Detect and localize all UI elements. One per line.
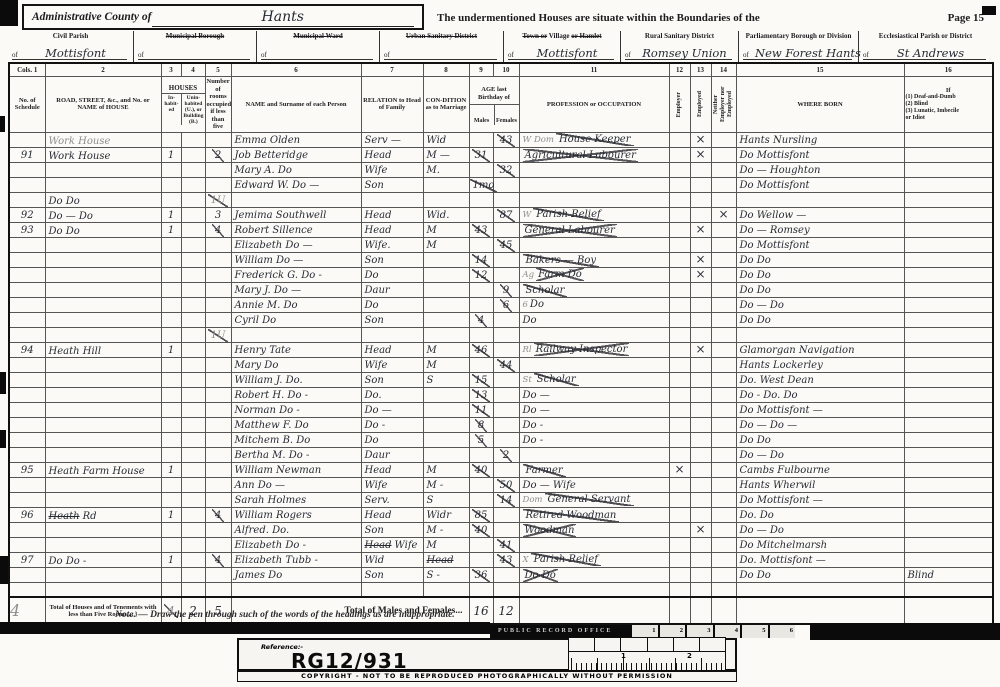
district-label: Municipal Borough <box>138 32 252 40</box>
census-cell <box>181 312 205 327</box>
cell-text: Do — Do — <box>740 420 798 431</box>
census-cell <box>45 477 161 492</box>
census-cell <box>181 327 205 342</box>
cell-text: Do Do <box>49 226 80 237</box>
census-cell <box>493 507 519 522</box>
col-num-1: Cols. 1 <box>9 63 45 77</box>
cell-text: William J. Do. <box>235 375 303 386</box>
census-cell <box>669 267 690 282</box>
census-cell: Wife <box>361 357 423 372</box>
census-cell <box>736 192 904 207</box>
census-cell <box>904 237 993 252</box>
census-cell: Scholar <box>519 282 669 297</box>
strip-number-cell: 6 <box>768 625 796 638</box>
census-cell <box>161 237 181 252</box>
census-cell <box>181 177 205 192</box>
cell-text: Wife <box>365 165 388 176</box>
cell-text: William Newman <box>235 465 322 476</box>
census-cell <box>161 252 181 267</box>
census-cell: S - <box>423 567 469 582</box>
table-row: Edward W. Do —Son1moDo Mottisfont <box>9 177 993 192</box>
census-cell: Do. Do <box>736 507 904 522</box>
census-cell: Head <box>361 342 423 357</box>
table-row: William Do —Son14Bakers — Boy×Do Do <box>9 252 993 267</box>
census-cell: Do - <box>519 417 669 432</box>
census-cell: M <box>423 237 469 252</box>
census-cell <box>161 162 181 177</box>
census-cell <box>904 192 993 207</box>
census-cell: Annie M. Do <box>231 297 361 312</box>
cell-text: Do — Do <box>740 300 784 311</box>
census-cell: Do — <box>361 402 423 417</box>
administrative-county-underline: Hants <box>152 8 415 27</box>
census-cell: 4 <box>469 312 493 327</box>
census-cell: Do. Mottisfont — <box>736 552 904 567</box>
census-cell <box>205 357 231 372</box>
district-label-part: or Hamlet <box>571 32 601 40</box>
census-cell: Hants Wherwil <box>736 477 904 492</box>
table-row: Frederick G. Do -Do12AgFarm Do×Do Do <box>9 267 993 282</box>
infirmity-line: (1) Deaf-and-Dumb <box>906 94 992 101</box>
census-cell <box>669 522 690 537</box>
cell-text: M <box>427 240 437 251</box>
cell-text: Farmer <box>523 464 566 477</box>
census-cell <box>45 237 161 252</box>
infirmity-line: (3) Lunatic, Imbecile <box>906 108 992 115</box>
table-row: Bertha M. Do -Daur2Do — Do <box>9 447 993 462</box>
cell-text: 1 <box>168 555 174 566</box>
table-row: Matthew F. DoDo -8Do -Do — Do — <box>9 417 993 432</box>
district-of-line: ofNew Forest Hants <box>743 46 852 60</box>
census-cell: Cambs Fulbourne <box>736 462 904 477</box>
census-cell <box>711 192 736 207</box>
census-cell <box>9 567 45 582</box>
cell-text: Wife <box>365 360 388 371</box>
census-cell <box>669 432 690 447</box>
census-cell: 1 <box>161 552 181 567</box>
cell-text: Hants Wherwil <box>740 480 816 491</box>
census-cell: Do — Houghton <box>736 162 904 177</box>
cell-text: Head <box>365 465 392 476</box>
census-cell: Do Mottisfont — <box>736 402 904 417</box>
census-cell: Glamorgan Navigation <box>736 342 904 357</box>
census-cell: Wid <box>423 132 469 147</box>
census-cell <box>205 282 231 297</box>
census-cell: 12 <box>469 267 493 282</box>
cell-text: 1U <box>208 194 229 207</box>
census-cell: Wife <box>361 162 423 177</box>
census-cell <box>904 522 993 537</box>
census-cell <box>9 477 45 492</box>
census-cell <box>45 177 161 192</box>
cell-text: 50 <box>497 479 516 492</box>
census-cell <box>690 567 711 582</box>
census-cell <box>711 552 736 567</box>
table-row: Mary A. DoWifeM.32Do — Houghton <box>9 162 993 177</box>
cell-text: 4 <box>475 314 487 327</box>
census-cell: Wid. <box>423 207 469 222</box>
census-cell <box>205 297 231 312</box>
census-cell: Do — <box>519 402 669 417</box>
table-row: Annie M. DoDo66DoDo — Do <box>9 297 993 312</box>
cell-text: Jemima Southwell <box>235 210 327 221</box>
census-cell <box>519 192 669 207</box>
census-cell <box>669 342 690 357</box>
census-cell <box>423 282 469 297</box>
census-cell <box>904 357 993 372</box>
census-cell: Alfred. Do. <box>231 522 361 537</box>
census-cell <box>231 327 361 342</box>
census-cell <box>161 567 181 582</box>
cell-text: Parish Relief <box>531 553 601 566</box>
census-cell <box>690 477 711 492</box>
census-cell <box>493 387 519 402</box>
census-cell: Hants Nursling <box>736 132 904 147</box>
census-cell <box>45 252 161 267</box>
census-cell <box>45 522 161 537</box>
census-cell: 91 <box>9 147 45 162</box>
table-row: James DoSonS -36Do DoDo DoBlind <box>9 567 993 582</box>
census-cell: 85 <box>469 507 493 522</box>
cell-text: Son <box>365 180 384 191</box>
census-cell <box>469 162 493 177</box>
census-cell <box>469 132 493 147</box>
cell-text: Mary Do <box>235 360 279 371</box>
census-cell: Head <box>361 222 423 237</box>
district-label-part: Civil Parish <box>53 32 89 40</box>
cell-text: Head <box>365 210 392 221</box>
census-cell <box>711 297 736 312</box>
census-cell <box>423 387 469 402</box>
census-cell <box>205 462 231 477</box>
census-cell: Woodman <box>519 522 669 537</box>
cell-text: × <box>695 147 705 161</box>
cell-text: Do Mottisfont <box>740 180 810 191</box>
census-cell <box>423 327 469 342</box>
census-cell: RlRailway Inspector <box>519 342 669 357</box>
cell-text: 94 <box>21 345 34 356</box>
census-cell <box>669 207 690 222</box>
census-cell <box>904 447 993 462</box>
census-cell: Son <box>361 177 423 192</box>
cell-text: Elizabeth Tubb - <box>235 555 318 566</box>
census-cell <box>904 387 993 402</box>
cell-text: Woodman <box>523 524 577 537</box>
census-cell <box>690 582 711 597</box>
census-cell: × <box>690 222 711 237</box>
ruler-cell <box>673 638 699 651</box>
ruler-cell <box>620 638 646 651</box>
census-cell: 36 <box>469 567 493 582</box>
census-cell <box>181 447 205 462</box>
census-cell <box>205 537 231 552</box>
cell-text: 8 <box>475 419 487 432</box>
census-cell: Do Do <box>736 252 904 267</box>
census-cell <box>711 162 736 177</box>
cell-text: Mary J. Do — <box>235 285 302 296</box>
census-cell: AgFarm Do <box>519 267 669 282</box>
cell-text: 2 <box>500 449 512 462</box>
census-cell: × <box>711 207 736 222</box>
header-uninhabited: Unin-habited (U.), or Building (B.) <box>181 94 204 125</box>
totals-empty-occupation <box>519 597 669 624</box>
table-row: 93Do Do14Robert SillenceHeadM43General L… <box>9 222 993 237</box>
column-numbers-row: Cols. 1 2 3 4 5 6 7 8 9 10 11 12 13 14 1… <box>9 63 993 77</box>
census-cell <box>423 297 469 312</box>
cell-text: Daur <box>365 450 390 461</box>
col-num-7: 7 <box>361 63 423 77</box>
cell-text: Henry Tate <box>235 345 291 356</box>
census-cell <box>181 372 205 387</box>
census-cell: 95 <box>9 462 45 477</box>
census-cell <box>711 132 736 147</box>
census-cell: William Do — <box>231 252 361 267</box>
cell-text: Son <box>365 525 384 536</box>
census-cell: 1mo <box>469 177 493 192</box>
census-cell: 87 <box>493 207 519 222</box>
cell-text: Wife <box>395 540 418 551</box>
header-infirmity-title: If <box>906 87 992 95</box>
census-cell: Norman Do - <box>231 402 361 417</box>
col-num-3: 3 <box>161 63 181 77</box>
census-cell <box>45 312 161 327</box>
column-labels-row: No. of Schedule ROAD, STREET, &c., and N… <box>9 77 993 133</box>
census-cell <box>205 582 231 597</box>
census-cell: WParish Relief <box>519 207 669 222</box>
cell-text: M. <box>427 165 440 176</box>
census-cell <box>469 492 493 507</box>
census-cell: M <box>423 342 469 357</box>
cell-text: 92 <box>21 210 34 221</box>
census-cell <box>161 297 181 312</box>
census-cell: Wid <box>361 552 423 567</box>
cell-text: 31 <box>472 149 491 162</box>
census-cell: General Labourer <box>519 222 669 237</box>
census-cell <box>711 462 736 477</box>
census-cell <box>519 537 669 552</box>
cell-text: Son <box>365 570 384 581</box>
cell-text: 1 <box>168 510 174 521</box>
census-cell <box>493 192 519 207</box>
district-label-part: Village <box>547 32 571 40</box>
census-cell <box>711 582 736 597</box>
census-cell <box>9 432 45 447</box>
census-cell <box>669 372 690 387</box>
census-cell: Serv. <box>361 492 423 507</box>
census-cell <box>904 432 993 447</box>
census-cell <box>690 432 711 447</box>
census-cell: 3 <box>205 207 231 222</box>
table-row: Elizabeth Do —Wife.M45Do Mottisfont <box>9 237 993 252</box>
census-cell: StScholar <box>519 372 669 387</box>
col-num-4: 4 <box>181 63 205 77</box>
cell-text: Do Mottisfont <box>740 150 810 161</box>
district-of-word: of <box>625 51 631 59</box>
census-cell: × <box>690 522 711 537</box>
census-cell <box>423 432 469 447</box>
census-cell <box>904 252 993 267</box>
cell-text: Do Mottisfont — <box>740 405 823 416</box>
cell-text: 36 <box>472 569 491 582</box>
cell-text: × <box>695 222 705 236</box>
cell-text: Sarah Holmes <box>235 495 307 506</box>
census-cell <box>205 267 231 282</box>
cell-text: × <box>718 207 728 221</box>
census-cell <box>161 192 181 207</box>
cell-text: Wife <box>365 480 388 491</box>
census-cell: Do <box>361 267 423 282</box>
district-value: New Forest Hants <box>755 46 852 60</box>
district-label: Town or Village or Hamlet <box>508 32 616 40</box>
pencil-annotation: W Dom <box>523 135 554 145</box>
pencil-annotation: Ag <box>523 270 535 280</box>
header-schedule: No. of Schedule <box>9 77 45 133</box>
cell-text: Elizabeth Do - <box>235 540 306 551</box>
census-cell <box>669 387 690 402</box>
census-cell <box>711 342 736 357</box>
cell-text: M <box>427 345 437 356</box>
census-cell: Daur <box>361 447 423 462</box>
census-cell: Elizabeth Tubb - <box>231 552 361 567</box>
district-label-part: Town or <box>522 32 547 40</box>
table-row: 1U <box>9 327 993 342</box>
cell-text: 3 <box>215 210 221 221</box>
census-cell <box>181 387 205 402</box>
cell-text: × <box>695 252 705 266</box>
census-table: Cols. 1 2 3 4 5 6 7 8 9 10 11 12 13 14 1… <box>8 62 994 625</box>
cell-text: Do <box>365 435 379 446</box>
census-cell <box>423 582 469 597</box>
census-cell <box>181 357 205 372</box>
census-cell <box>711 537 736 552</box>
cell-text: 44 <box>497 359 516 372</box>
census-cell <box>669 192 690 207</box>
census-cell: XParish Relief <box>519 552 669 567</box>
census-cell <box>690 177 711 192</box>
cell-text: 95 <box>21 465 34 476</box>
census-cell <box>711 417 736 432</box>
cell-text: Do — Do <box>740 525 784 536</box>
census-cell: 92 <box>9 207 45 222</box>
header-road: ROAD, STREET, &c., and No. or NAME of HO… <box>45 77 161 133</box>
census-cell: Do — Do — <box>736 417 904 432</box>
census-cell <box>205 252 231 267</box>
cell-text: Emma Olden <box>235 135 301 146</box>
census-cell <box>205 432 231 447</box>
cell-text: Do Do <box>740 315 771 326</box>
district-of-word: of <box>743 51 749 59</box>
census-cell <box>469 192 493 207</box>
census-cell <box>181 297 205 312</box>
cell-text: Do — Do <box>740 450 784 461</box>
census-cell: Son <box>361 522 423 537</box>
census-cell <box>904 477 993 492</box>
cell-text: S - <box>427 570 440 581</box>
census-cell: Agricultural Labourer <box>519 147 669 162</box>
census-cell <box>493 582 519 597</box>
census-cell <box>9 402 45 417</box>
census-cell <box>423 192 469 207</box>
census-cell <box>669 312 690 327</box>
census-cell <box>9 417 45 432</box>
header-neither: Neither Employer nor Employed <box>711 77 736 133</box>
page-number: Page 15 <box>948 12 984 24</box>
census-cell <box>9 282 45 297</box>
cell-text: Do <box>523 315 537 326</box>
film-artifact <box>982 6 996 15</box>
cell-text: Bakers — Boy <box>523 254 600 267</box>
census-cell: Do Do <box>736 567 904 582</box>
cell-text: Do. Mottisfont — <box>740 555 826 566</box>
cell-text: Work House <box>49 136 111 147</box>
col-num-2: 2 <box>45 63 161 77</box>
census-cell <box>904 177 993 192</box>
struck-text: Head <box>365 540 392 551</box>
census-cell <box>469 357 493 372</box>
census-cell <box>161 477 181 492</box>
census-cell <box>45 417 161 432</box>
cell-text: Ann Do — <box>235 480 286 491</box>
cell-text: Rd <box>83 511 97 522</box>
cell-text: Do Do <box>740 255 771 266</box>
census-cell: Son <box>361 567 423 582</box>
census-cell <box>205 522 231 537</box>
census-cell: Heath Hill <box>45 342 161 357</box>
cell-text: 87 <box>497 209 516 222</box>
census-cell: 45 <box>493 237 519 252</box>
header-houses: HOUSES <box>162 84 205 94</box>
census-cell <box>669 357 690 372</box>
census-cell <box>469 582 493 597</box>
census-cell <box>904 132 993 147</box>
census-cell <box>736 582 904 597</box>
cell-text: Do Wellow — <box>740 210 807 221</box>
header-employed: Employed <box>690 77 711 133</box>
table-row <box>9 582 993 597</box>
district-label: Urban Sanitary District <box>384 32 499 40</box>
census-table-body: Work HouseEmma OldenServ —Wid43W DomHous… <box>9 132 993 597</box>
cell-text: Mitchem B. Do <box>235 435 311 446</box>
cell-text: M <box>427 540 437 551</box>
cell-text: Work House <box>49 151 111 162</box>
cell-text: Scholar <box>523 284 568 297</box>
census-cell <box>45 297 161 312</box>
census-cell <box>9 132 45 147</box>
census-cell <box>45 447 161 462</box>
district-of-word: of <box>12 51 18 59</box>
census-cell: 15 <box>469 372 493 387</box>
cell-text: General Servant <box>545 493 634 506</box>
district-of-line: ofSt Andrews <box>863 46 986 60</box>
cell-text: Robert H. Do - <box>235 390 309 401</box>
col-num-6: 6 <box>231 63 361 77</box>
struck-text: Heath <box>49 511 80 522</box>
census-cell <box>9 162 45 177</box>
struck-text: Head <box>427 555 454 566</box>
census-cell: Serv — <box>361 132 423 147</box>
district-of-word: of <box>384 51 390 59</box>
census-cell <box>493 252 519 267</box>
district-label-part: Parliamentary Borough or Division <box>746 32 852 40</box>
census-cell <box>361 192 423 207</box>
header-rooms: Number of rooms occupied if less than fi… <box>205 77 231 133</box>
cell-text: 1 <box>168 150 174 161</box>
cell-text: 32 <box>497 164 516 177</box>
census-cell <box>45 582 161 597</box>
census-cell <box>45 387 161 402</box>
district-label-part: Municipal Borough <box>166 32 224 40</box>
census-cell <box>181 402 205 417</box>
